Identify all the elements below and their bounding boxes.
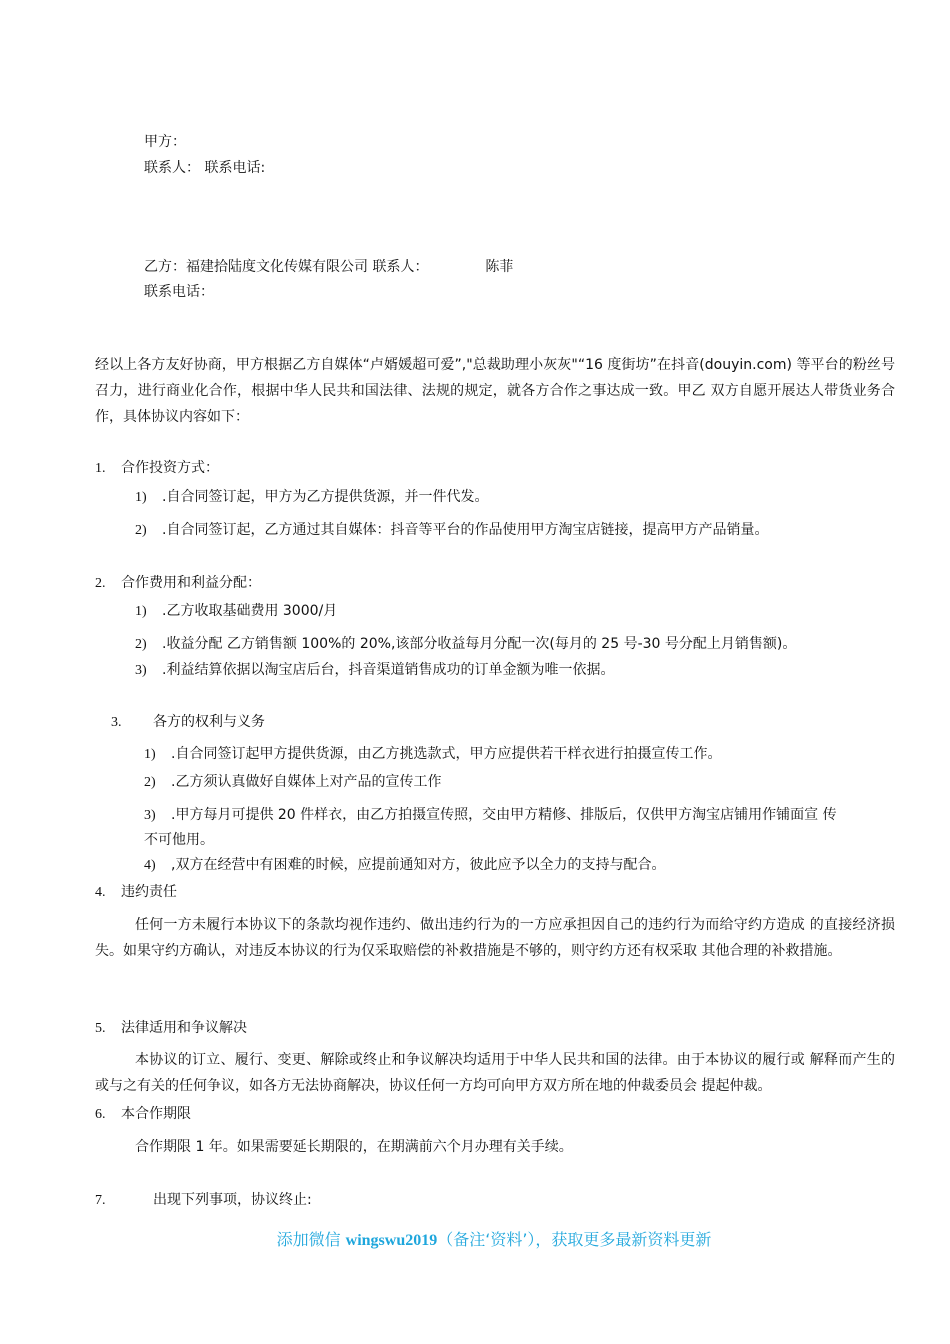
- party-b-contact-name: 陈菲: [485, 259, 513, 275]
- section-number: 2.: [95, 574, 121, 594]
- footer-wechat-id: wingswu2019: [346, 1232, 438, 1249]
- party-b-line: 乙方：福建拾陆度文化传媒有限公司 联系人： 陈菲: [144, 257, 513, 277]
- section-6-body: 合作期限 1 年。如果需要延长期限的，在期满前六个月办理有关手续。: [135, 1137, 573, 1157]
- list-item: 1).乙方收取基础费用 3000/月: [135, 601, 337, 622]
- section-title: 法律适用和争议解决: [121, 1020, 247, 1036]
- list-item: 1).自合同签订起甲方提供货源，由乙方挑选款式，甲方应提供若干样衣进行拍摄宣传工…: [144, 744, 721, 765]
- footer-promo: 添加微信 wingswu2019（备注‘资料’），获取更多最新资料更新: [0, 1229, 950, 1252]
- section-title: 违约责任: [121, 884, 177, 900]
- section-title: 合作费用和利益分配：: [121, 575, 261, 591]
- section-5-heading: 5.法律适用和争议解决: [95, 1018, 247, 1039]
- list-item: 4),双方在经营中有困难的时候，应提前通知对方，彼此应予以全力的支持与配合。: [144, 855, 665, 876]
- section-7-heading: 7.出现下列事项，协议终止:: [95, 1190, 312, 1211]
- section-number: 3.: [111, 713, 153, 733]
- intro-paragraph: 经以上各方友好协商，甲方根据乙方自媒体“卢婿媛超可爱”,"总裁助理小灰灰"“16…: [95, 352, 895, 430]
- list-item: 1).自合同签订起，甲方为乙方提供货源，并一件代发。: [135, 487, 488, 508]
- list-item-continuation: 不可他用。: [144, 830, 214, 850]
- section-2-heading: 2.合作费用和利益分配：: [95, 573, 261, 594]
- list-item: 2).自合同签订起，乙方通过其自媒体：抖音等平台的作品使用甲方淘宝店链接，提高甲…: [135, 520, 768, 541]
- section-number: 5.: [95, 1019, 121, 1039]
- section-number: 6.: [95, 1105, 121, 1125]
- section-4-body: 任何一方未履行本协议下的条款均视作违约、做出违约行为的一方应承担因自己的违约行为…: [95, 912, 895, 964]
- list-item: 2).收益分配 乙方销售额 100%的 20%,该部分收益每月分配一次(每月的 …: [135, 634, 796, 655]
- section-number: 7.: [95, 1191, 153, 1211]
- party-b-phone-label: 联系电话：: [144, 282, 214, 302]
- list-item: 3).利益结算依据以淘宝店后台，抖音渠道销售成功的订单金额为唯一依据。: [135, 660, 614, 681]
- section-6-heading: 6.本合作期限: [95, 1104, 191, 1125]
- section-title: 合作投资方式：: [121, 460, 219, 476]
- footer-prefix: 添加微信: [277, 1230, 346, 1249]
- party-b-company: 乙方：福建拾陆度文化传媒有限公司 联系人：: [144, 259, 428, 275]
- party-a-label: 甲方：: [144, 132, 186, 152]
- footer-suffix: （备注‘资料’），获取更多最新资料更新: [437, 1230, 711, 1249]
- section-4-heading: 4.违约责任: [95, 882, 177, 903]
- list-item: 2).乙方须认真做好自媒体上对产品的宣传工作: [144, 772, 441, 793]
- list-item: 3).甲方每月可提供 20 件样衣，由乙方拍摄宣传照，交由甲方精修、排版后，仅供…: [144, 805, 837, 826]
- section-title: 各方的权利与义务: [153, 714, 265, 730]
- section-5-body: 本协议的订立、履行、变更、解除或终止和争议解决均适用于中华人民共和国的法律。由于…: [95, 1047, 895, 1099]
- section-number: 4.: [95, 883, 121, 903]
- section-number: 1.: [95, 459, 121, 479]
- section-1-heading: 1.合作投资方式：: [95, 458, 219, 479]
- section-title: 出现下列事项，协议终止:: [153, 1192, 312, 1208]
- section-3-heading: 3.各方的权利与义务: [111, 712, 265, 733]
- party-a-contact-line: 联系人： 联系电话:: [144, 158, 265, 178]
- section-title: 本合作期限: [121, 1106, 191, 1122]
